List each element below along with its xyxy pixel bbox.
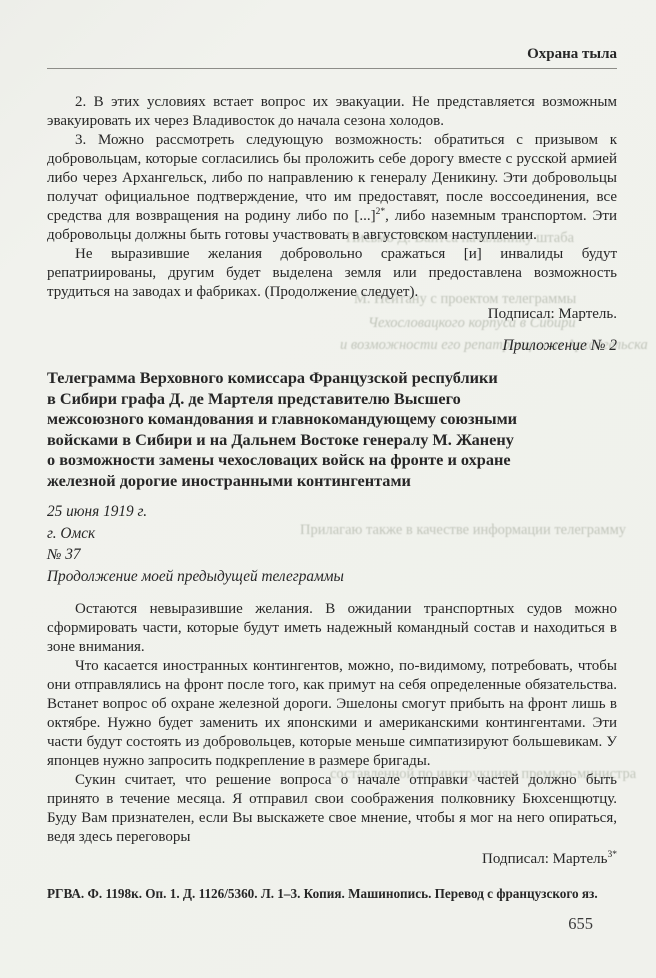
letter-signature-line: Подписал: Мартель. [47, 305, 617, 324]
telegram-date-line: 25 июня 1919 г. [47, 501, 617, 523]
page-content: Охрана тыла 2. В этих условиях встает во… [47, 46, 617, 934]
telegram-heading: Телеграмма Верховного комиссара Французс… [47, 368, 617, 491]
telegram-number-line: № 37 [47, 544, 617, 566]
letter-paragraph-4: Не выразившие желания добровольно сражат… [47, 245, 617, 302]
header-rule [47, 68, 617, 69]
telegram-signature-line: Подписал: Мартель3* [47, 850, 617, 869]
letter-continuation-section: 2. В этих условиях встает вопрос их эвак… [47, 93, 617, 324]
page-number: 655 [47, 914, 617, 934]
letter-paragraph-2: 2. В этих условиях встает вопрос их эвак… [47, 93, 617, 131]
telegram-body-section: Остаются невыразившие желания. В ожидани… [47, 600, 617, 869]
telegram-paragraph-3: Сукин считает, что решение вопроса о нач… [47, 771, 617, 847]
scanned-document-page: Письмо Д. Вайтса начальнику штаба М. Ней… [0, 0, 656, 978]
annex-label: Приложение № 2 [47, 337, 617, 355]
archival-source-line: РГВА. Ф. 1198к. Оп. 1. Д. 1126/5360. Л. … [47, 886, 617, 902]
telegram-date-block: 25 июня 1919 г. г. Омск № 37 Продолжение… [47, 501, 617, 587]
signature-text: Подписал: Мартель [482, 851, 607, 867]
running-head: Охрана тыла [47, 46, 617, 63]
footnote-marker: 2* [376, 207, 386, 217]
letter-paragraph-3: 3. Можно рассмотреть следующую возможнос… [47, 131, 617, 245]
telegram-paragraph-1: Остаются невыразившие желания. В ожидани… [47, 600, 617, 657]
telegram-paragraph-2: Что касается иностранных контингентов, м… [47, 657, 617, 771]
telegram-place-line: г. Омск [47, 523, 617, 545]
telegram-subject-line: Продолжение моей предыдущей телеграммы [47, 566, 617, 588]
footnote-marker: 3* [608, 850, 618, 860]
